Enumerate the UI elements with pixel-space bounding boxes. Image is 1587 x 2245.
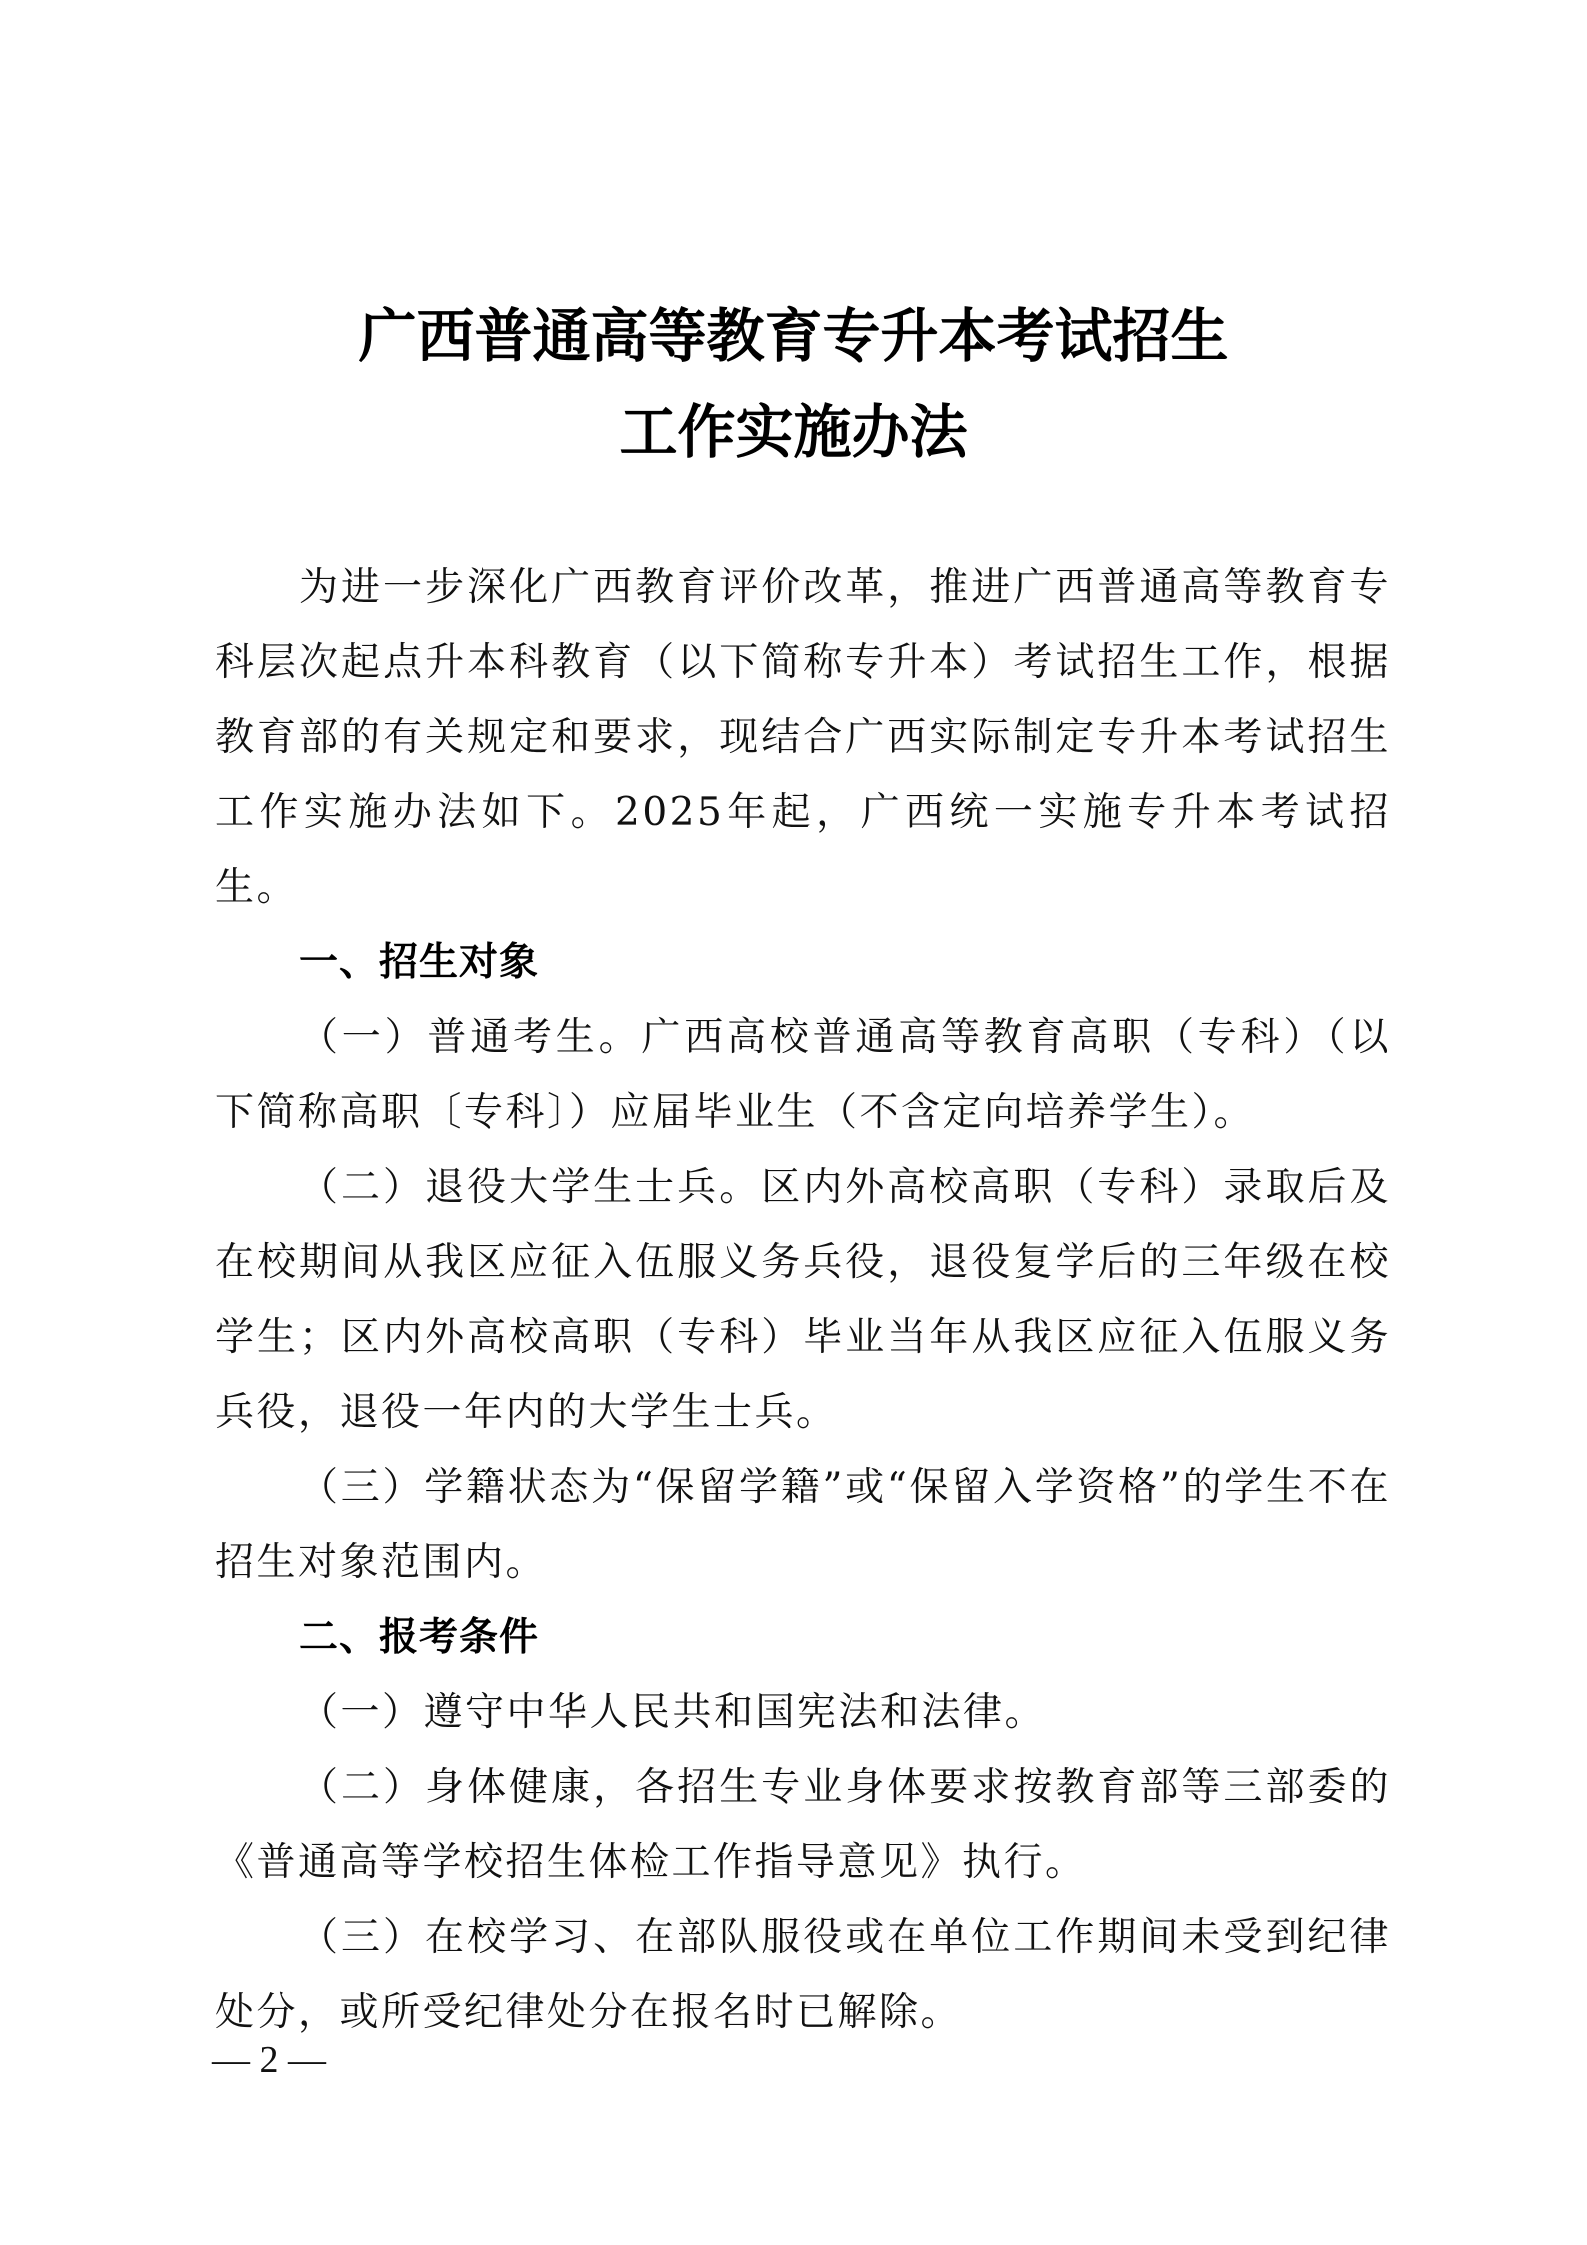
section-application-requirements: 二、报考条件 （一）遵守中华人民共和国宪法和法律。 （二）身体健康，各招生专业身… <box>215 1600 1391 2050</box>
document-body: 为进一步深化广西教育评价改革，推进广西普通高等教育专科层次起点升本科教育（以下简… <box>215 550 1391 2050</box>
section-item: （三）学籍状态为“保留学籍”或“保留入学资格”的学生不在招生对象范围内。 <box>215 1450 1391 1600</box>
intro-paragraph: 为进一步深化广西教育评价改革，推进广西普通高等教育专科层次起点升本科教育（以下简… <box>215 550 1391 925</box>
section-heading: 一、招生对象 <box>215 925 1391 1000</box>
section-item: （一）普通考生。广西高校普通高等教育高职（专科）（以下简称高职〔专科〕）应届毕业… <box>215 1000 1391 1150</box>
document-title-line-2: 工作实施办法 <box>0 384 1587 480</box>
section-item: （二）退役大学生士兵。区内外高校高职（专科）录取后及在校期间从我区应征入伍服义务… <box>215 1150 1391 1450</box>
section-item: （二）身体健康，各招生专业身体要求按教育部等三部委的《普通高等学校招生体检工作指… <box>215 1750 1391 1900</box>
section-heading: 二、报考条件 <box>215 1600 1391 1675</box>
section-item: （一）遵守中华人民共和国宪法和法律。 <box>215 1675 1391 1750</box>
page-number: — 2 — <box>212 2030 326 2090</box>
document-page: 广西普通高等教育专升本考试招生 工作实施办法 为进一步深化广西教育评价改革，推进… <box>0 0 1587 2245</box>
section-item: （三）在校学习、在部队服役或在单位工作期间未受到纪律处分，或所受纪律处分在报名时… <box>215 1900 1391 2050</box>
section-enrollment-targets: 一、招生对象 （一）普通考生。广西高校普通高等教育高职（专科）（以下简称高职〔专… <box>215 925 1391 1600</box>
document-title-line-1: 广西普通高等教育专升本考试招生 <box>0 288 1587 384</box>
